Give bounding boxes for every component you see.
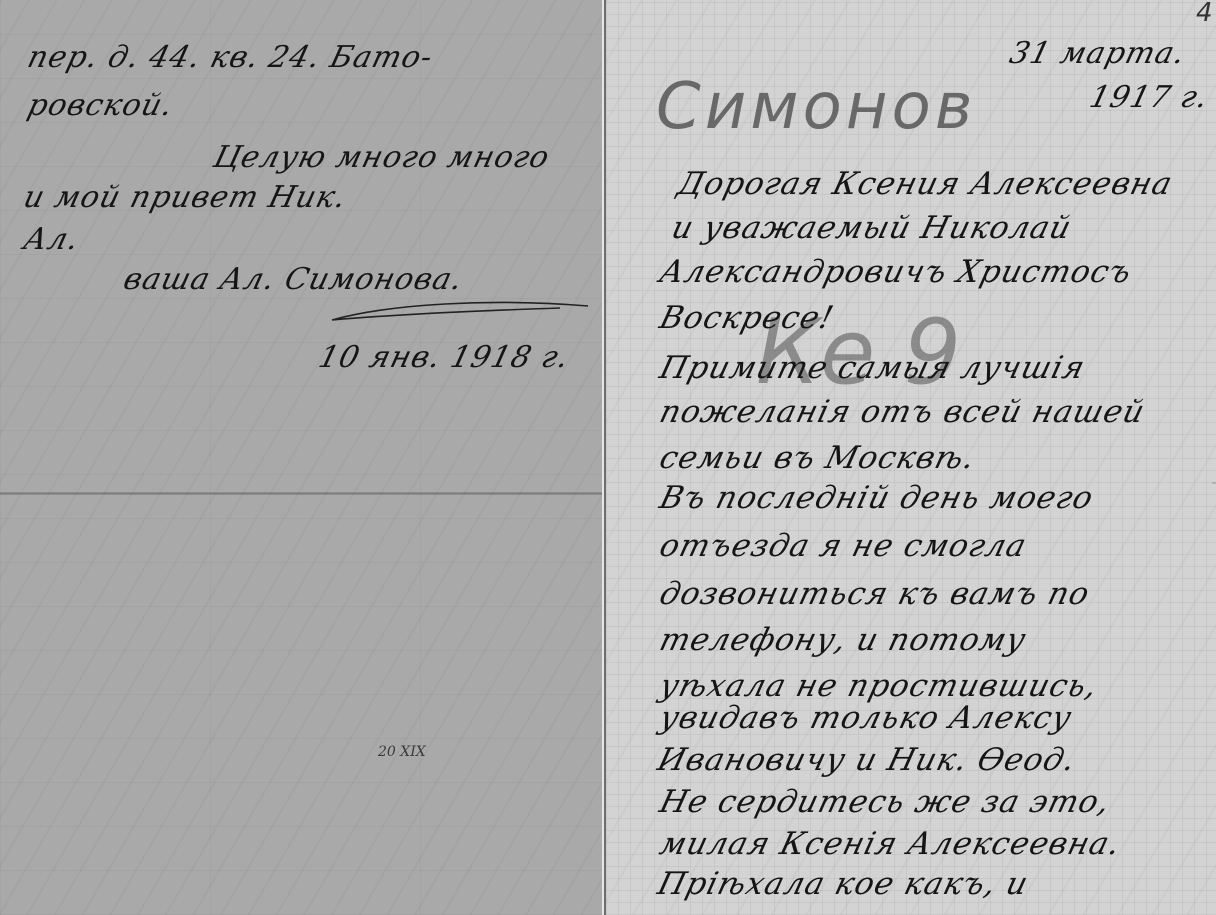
pencil-note: 20 XIX [378, 744, 426, 760]
letter-line: Воскресе! [656, 300, 838, 336]
letter-line: Ивановичу и Ник. Өеод. [654, 742, 1080, 778]
letter-line: Пріѣхала кое какъ, и [654, 866, 1032, 902]
letter-line: пожеланія отъ всей нашей [656, 394, 1149, 430]
letter-line: уѣхала не простившись, [656, 668, 1102, 704]
letter-line: и уважаемый Николай [668, 210, 1076, 246]
closing-line-2: и мой привет Ник. [20, 180, 350, 215]
closing-line-1: Целую много много [210, 140, 553, 175]
right-page: 4 31 марта. 1917 г. Симонов Ке 9 Дорогая… [606, 0, 1216, 915]
letter-date: 10 янв. 1918 г. [315, 340, 573, 375]
letter-line: дозвониться къ вамъ по [656, 576, 1094, 612]
date-year: 1917 г. [1086, 80, 1212, 115]
letter-line: Дорогая Ксения Алексеевна [674, 166, 1176, 202]
letter-line: Въ последній день моего [656, 480, 1097, 516]
letter-line: телефону, и потому [656, 622, 1030, 658]
letter-line: отъезда я не смогла [656, 528, 1031, 564]
letter-line: Александровичъ Христосъ [656, 254, 1136, 290]
paper-fold [0, 492, 602, 495]
paper-fold [1212, 482, 1216, 484]
date-day-month: 31 марта. [1006, 36, 1189, 71]
signature-flourish [330, 300, 590, 330]
letter-line: милая Ксенія Алексеевна. [656, 826, 1125, 862]
letter-line: семьи въ Москвѣ. [656, 440, 979, 476]
address-line-2: ровской. [24, 88, 177, 123]
letter-line: Примите самыя лучшія [656, 350, 1089, 386]
left-page: пер. д. 44. кв. 24. Бато- ровской. Целую… [0, 0, 602, 915]
address-line-1: пер. д. 44. кв. 24. Бато- [24, 40, 437, 75]
letter-line: Не сердитесь же за это, [656, 784, 1114, 820]
archive-page-number: 4 [1196, 0, 1213, 28]
closing-line-3: Ал. [20, 222, 83, 257]
pencil-surname: Симонов [656, 70, 976, 144]
letter-line: увидавъ только Алексу [656, 700, 1076, 736]
signature: ваша Ал. Симонова. [120, 262, 467, 297]
